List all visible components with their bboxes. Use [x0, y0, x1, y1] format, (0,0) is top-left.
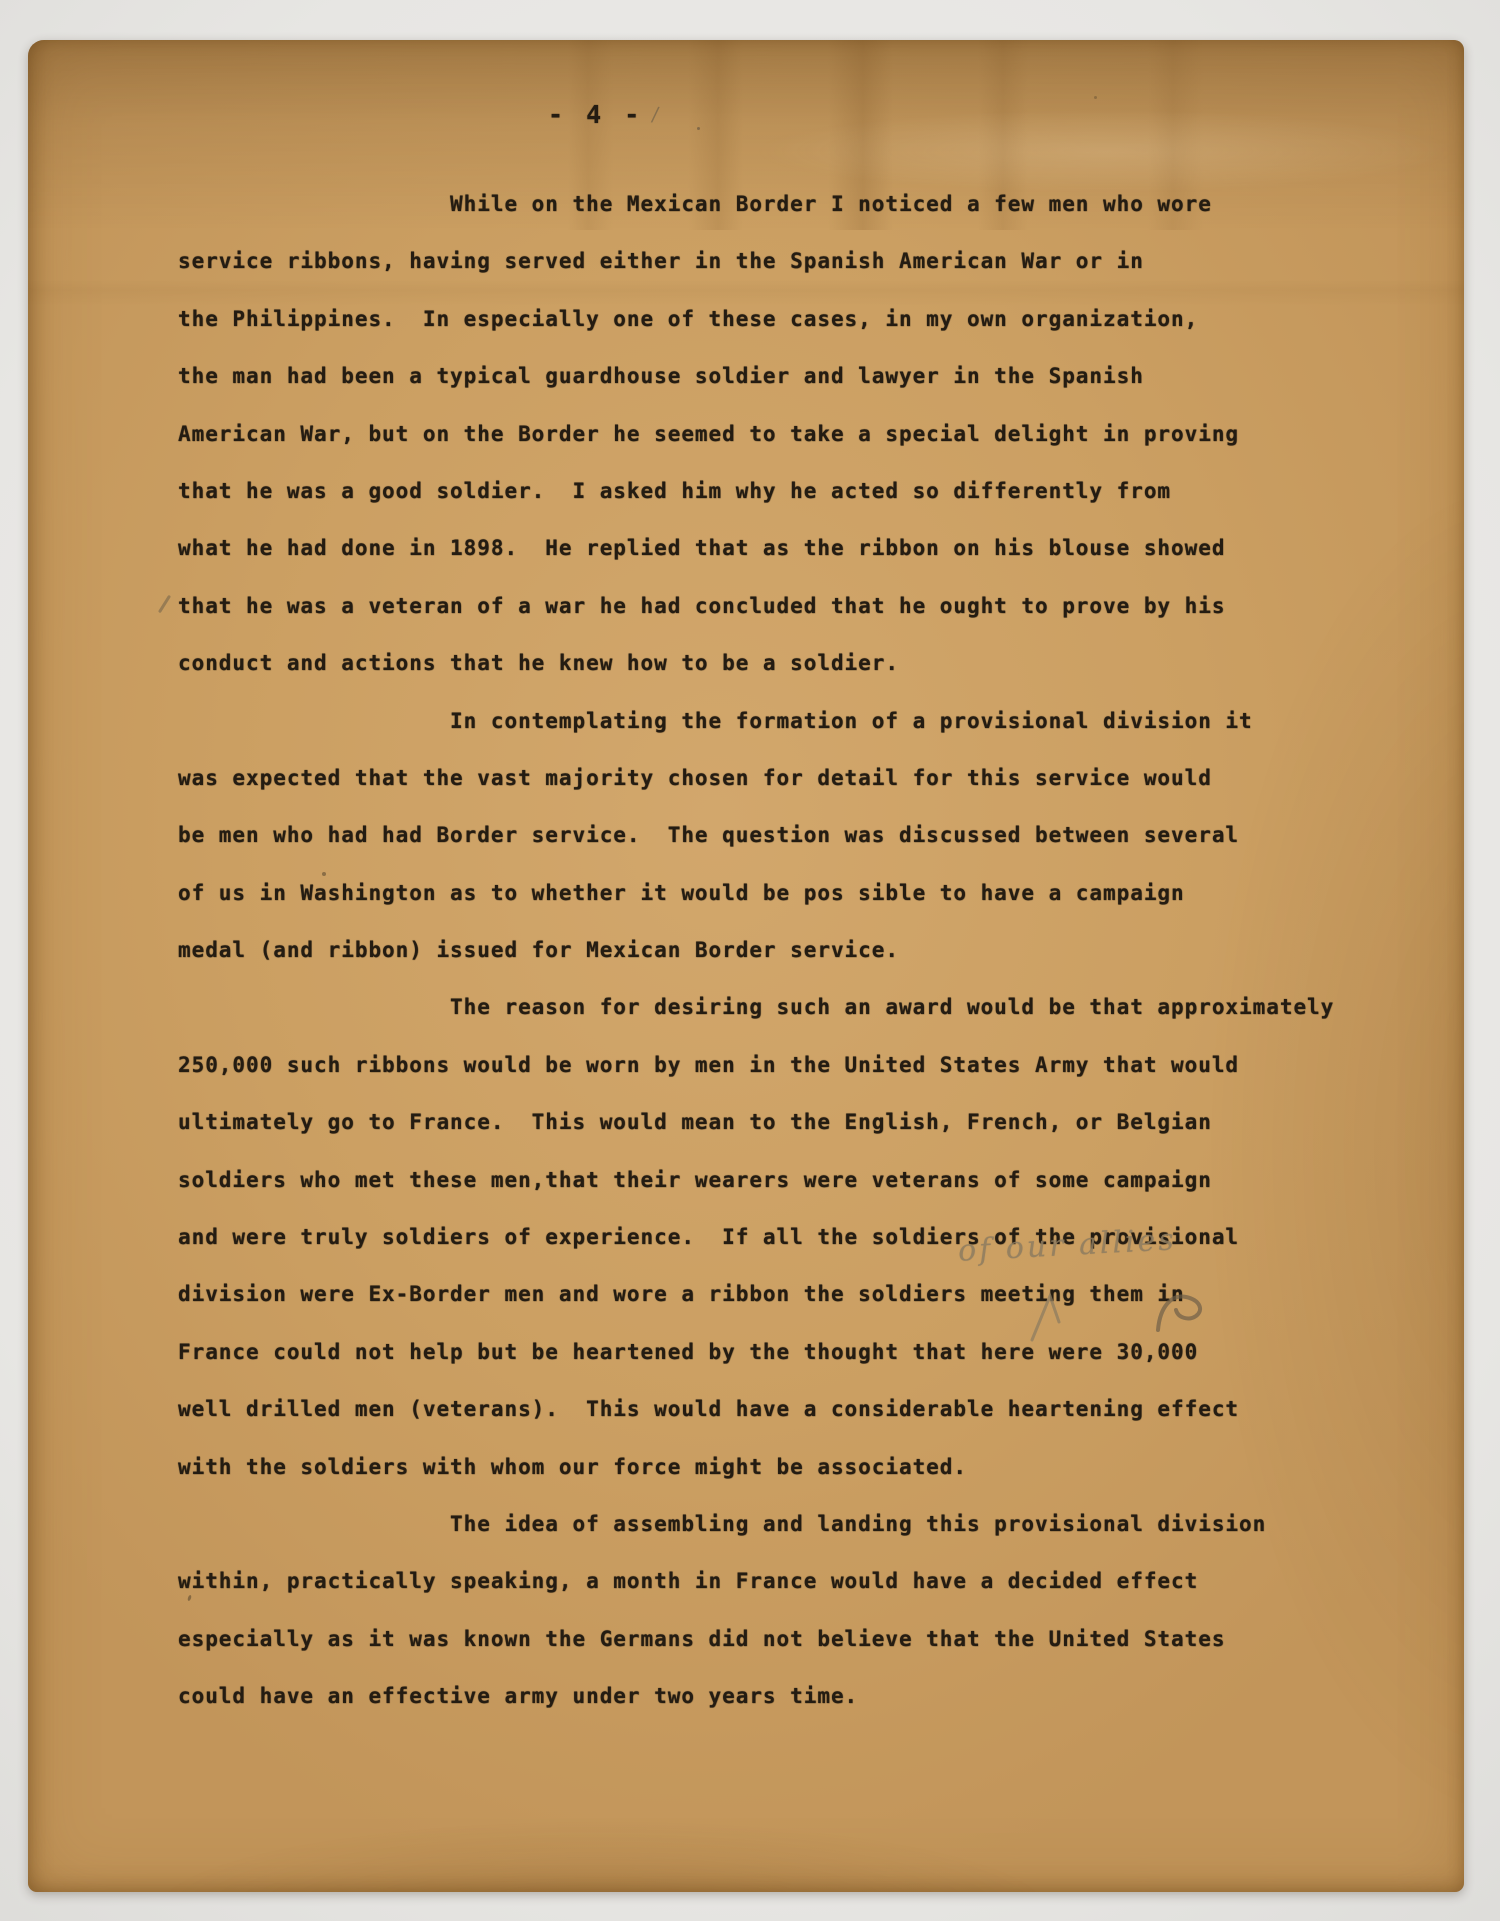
typed-line: with the soldiers with whom our force mi… — [178, 1439, 1428, 1496]
typed-line: and were truly soldiers of experience. I… — [178, 1209, 1428, 1266]
typed-line: conduct and actions that he knew how to … — [178, 635, 1428, 692]
typed-line: service ribbons, having served either in… — [178, 233, 1428, 290]
typed-line: division were Ex-Border men and wore a r… — [178, 1266, 1428, 1323]
scanned-document: - 4 - / While on the Mexican Border I no… — [0, 0, 1500, 1921]
typed-line: especially as it was known the Germans d… — [178, 1611, 1428, 1668]
typed-line: medal (and ribbon) issued for Mexican Bo… — [178, 922, 1428, 979]
page-number: - 4 - — [548, 100, 643, 129]
typed-line: could have an effective army under two y… — [178, 1668, 1428, 1725]
typed-line: that he was a good soldier. I asked him … — [178, 463, 1428, 520]
typed-line: In contemplating the formation of a prov… — [178, 693, 1428, 750]
typed-line: of us in Washington as to whether it wou… — [178, 865, 1428, 922]
typed-line: the man had been a typical guardhouse so… — [178, 348, 1428, 405]
typed-line: The reason for desiring such an award wo… — [178, 979, 1428, 1036]
typed-line: American War, but on the Border he seeme… — [178, 406, 1428, 463]
typed-line: within, practically speaking, a month in… — [178, 1553, 1428, 1610]
typed-line: 250,000 such ribbons would be worn by me… — [178, 1037, 1428, 1094]
typed-line: soldiers who met these men,that their we… — [178, 1152, 1428, 1209]
typed-line: was expected that the vast majority chos… — [178, 750, 1428, 807]
typed-line: The idea of assembling and landing this … — [178, 1496, 1428, 1553]
typed-line: what he had done in 1898. He replied tha… — [178, 520, 1428, 577]
typed-line: be men who had had Border service. The q… — [178, 807, 1428, 864]
typed-line: well drilled men (veterans). This would … — [178, 1381, 1428, 1438]
typed-line: While on the Mexican Border I noticed a … — [178, 176, 1428, 233]
stray-dot — [697, 127, 700, 130]
paper-speck — [648, 1462, 651, 1465]
typed-line: France could not help but be heartened b… — [178, 1324, 1428, 1381]
typed-line: that he was a veteran of a war he had co… — [178, 578, 1428, 635]
paper-speck — [1094, 96, 1097, 99]
typed-line: the Philippines. In especially one of th… — [178, 291, 1428, 348]
typed-line: ultimately go to France. This would mean… — [178, 1094, 1428, 1151]
paper-speck — [322, 872, 326, 876]
typed-text-block: While on the Mexican Border I noticed a … — [178, 176, 1428, 1726]
